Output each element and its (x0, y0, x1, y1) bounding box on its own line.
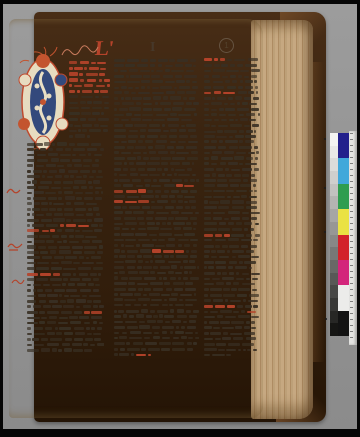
script-word (125, 245, 134, 247)
color-patch-cyan (338, 158, 349, 183)
rubric-word (80, 61, 89, 64)
script-word (220, 162, 226, 165)
script-word (204, 140, 209, 143)
script-word (122, 228, 129, 231)
script-word (75, 230, 80, 233)
script-word (187, 326, 197, 329)
script-word (98, 170, 102, 173)
script-word (27, 289, 31, 292)
script-word (137, 64, 149, 67)
script-word (255, 223, 259, 225)
script-word (52, 305, 62, 308)
script-word (27, 349, 39, 352)
script-word (114, 141, 119, 144)
script-word (27, 170, 31, 173)
script-word (165, 69, 170, 72)
script-word (146, 315, 152, 318)
script-word (170, 113, 176, 116)
script-word (245, 64, 257, 67)
script-word (27, 278, 35, 280)
script-word (85, 338, 92, 341)
script-word (127, 146, 133, 149)
script-word (121, 233, 134, 236)
script-word (249, 196, 256, 199)
script-word (89, 176, 94, 179)
script-word (204, 272, 215, 275)
script-word (204, 239, 212, 242)
script-word (190, 190, 197, 193)
script-word (90, 273, 97, 276)
script-word (58, 322, 68, 325)
rubric-word (136, 354, 146, 356)
script-word (153, 179, 157, 182)
script-word (64, 213, 74, 216)
manuscript-photograph: L' I 1 (0, 0, 360, 437)
script-word (156, 114, 169, 116)
script-word (75, 192, 83, 195)
script-word (69, 118, 78, 121)
script-word (184, 75, 197, 78)
script-word (53, 203, 64, 205)
script-word (212, 97, 215, 100)
script-word (246, 157, 253, 160)
script-word (211, 125, 216, 127)
script-word (47, 294, 58, 297)
script-word (153, 119, 165, 122)
script-word (189, 315, 198, 317)
script-word (90, 344, 95, 346)
script-word (215, 261, 227, 264)
script-word (69, 235, 74, 238)
script-word (114, 342, 125, 345)
script-word (180, 266, 183, 269)
rubric-word (148, 354, 151, 356)
script-word (127, 348, 140, 351)
script-word (204, 255, 209, 258)
script-word (157, 272, 166, 275)
script-word (101, 191, 104, 194)
script-word (127, 326, 139, 329)
script-word (37, 262, 49, 265)
script-word (76, 299, 86, 302)
script-word (54, 181, 62, 184)
script-word (235, 96, 242, 99)
script-word (126, 342, 130, 345)
script-word (217, 184, 228, 187)
script-word (186, 250, 189, 253)
script-word (222, 327, 234, 329)
script-word (186, 222, 191, 225)
script-word (162, 222, 166, 225)
script-word (186, 310, 191, 312)
script-word (219, 114, 226, 117)
script-word (114, 179, 118, 182)
script-word (66, 219, 70, 221)
script-word (147, 162, 160, 165)
script-word (93, 300, 101, 302)
script-word (119, 353, 128, 356)
script-word (223, 294, 235, 297)
rubric-word (126, 190, 137, 193)
script-word (27, 143, 35, 146)
script-word (228, 97, 233, 100)
script-word (143, 152, 147, 155)
script-word (239, 114, 244, 117)
script-word (133, 152, 141, 155)
script-word (176, 80, 185, 83)
script-word (254, 168, 259, 171)
rubric-word (53, 273, 60, 276)
script-word (144, 288, 151, 291)
script-word (87, 135, 90, 137)
script-word (204, 152, 210, 155)
script-word (204, 97, 211, 100)
script-word (155, 217, 167, 220)
script-word (154, 255, 162, 258)
script-word (213, 69, 225, 72)
script-word (114, 75, 124, 77)
script-word (80, 289, 91, 292)
script-word (151, 206, 163, 209)
script-word (232, 256, 236, 258)
script-word (114, 157, 125, 160)
script-word (244, 332, 255, 335)
script-word (216, 266, 227, 269)
script-word (213, 196, 225, 199)
script-word (171, 168, 175, 170)
script-word (204, 266, 207, 269)
script-word (70, 295, 80, 298)
script-word (186, 124, 196, 127)
script-word (93, 333, 100, 336)
script-word (84, 197, 93, 200)
script-word (161, 157, 171, 160)
script-word (87, 101, 91, 104)
gray-step (330, 196, 338, 209)
script-word (252, 124, 259, 127)
script-word (73, 262, 79, 265)
script-word (94, 124, 98, 127)
script-word (134, 114, 141, 117)
script-word (127, 196, 139, 199)
gray-step (330, 146, 338, 159)
rubric-word (107, 84, 110, 87)
script-word (222, 76, 229, 78)
script-word (217, 250, 225, 253)
script-word (37, 289, 43, 292)
script-word (77, 143, 89, 146)
script-word (228, 114, 236, 116)
script-word (140, 174, 148, 177)
script-word (128, 135, 138, 138)
script-word (204, 343, 215, 346)
script-word (244, 222, 252, 225)
script-word (62, 273, 72, 276)
script-word (142, 119, 152, 122)
script-word (191, 206, 195, 209)
script-word (49, 300, 58, 303)
script-word (251, 217, 258, 220)
script-word (121, 250, 125, 253)
script-word (143, 255, 152, 258)
script-word (114, 282, 127, 285)
script-word (114, 173, 117, 176)
script-word (92, 112, 99, 115)
script-word (74, 338, 83, 341)
script-word (138, 140, 143, 143)
script-word (92, 170, 96, 172)
script-word (227, 59, 232, 62)
script-word (42, 175, 45, 178)
rubric-word (42, 230, 49, 233)
script-word (114, 321, 123, 324)
script-word (137, 283, 149, 285)
script-word (148, 129, 161, 132)
script-word (114, 315, 121, 318)
script-word (210, 288, 222, 291)
script-word (181, 190, 189, 192)
script-word (167, 174, 172, 177)
script-word (220, 321, 229, 324)
script-word (230, 103, 235, 106)
script-line (27, 347, 104, 352)
script-word (228, 266, 233, 269)
script-word (237, 64, 243, 67)
script-word (27, 181, 31, 183)
script-word (63, 268, 76, 271)
script-word (47, 176, 53, 179)
script-word (170, 277, 177, 280)
script-word (237, 294, 247, 297)
script-word (217, 130, 223, 133)
script-word (233, 337, 243, 340)
script-word (153, 288, 164, 291)
script-word (172, 107, 183, 110)
script-word (172, 179, 182, 182)
script-word (155, 245, 164, 247)
script-word (233, 196, 239, 199)
script-word (81, 112, 91, 115)
script-word (91, 224, 97, 227)
script-word (114, 298, 123, 301)
script-word (190, 179, 194, 182)
script-word (204, 348, 217, 351)
script-word (83, 343, 88, 346)
rubric-word (89, 67, 99, 70)
script-word (244, 125, 250, 128)
script-word (82, 262, 95, 265)
script-word (217, 179, 226, 182)
script-word (174, 227, 181, 230)
script-word (220, 310, 232, 313)
script-word (125, 97, 131, 100)
script-word (253, 349, 257, 352)
color-patch-yellow (338, 209, 349, 234)
script-word (57, 142, 67, 145)
script-word (47, 343, 60, 346)
script-word (249, 267, 253, 269)
script-word (228, 222, 234, 225)
script-word (242, 212, 249, 215)
script-word (242, 217, 250, 220)
script-word (246, 201, 257, 204)
script-word (184, 233, 195, 236)
script-word (253, 239, 258, 241)
script-word (181, 336, 187, 339)
script-word (230, 64, 235, 67)
script-word (121, 244, 124, 247)
script-word (167, 118, 180, 121)
script-word (256, 91, 258, 94)
script-word (170, 151, 174, 154)
script-word (224, 130, 237, 133)
script-word (93, 305, 98, 308)
script-word (237, 102, 240, 105)
script-word (51, 187, 61, 190)
script-word (140, 70, 150, 73)
script-word (39, 311, 45, 314)
script-word (27, 202, 32, 205)
script-word (184, 179, 187, 182)
script-word (82, 230, 93, 233)
script-word (239, 261, 243, 264)
script-word (193, 310, 199, 313)
script-word (245, 135, 257, 138)
script-word (215, 239, 227, 242)
script-word (235, 119, 238, 122)
script-word (91, 256, 101, 259)
script-word (187, 168, 191, 171)
script-word (69, 316, 78, 319)
script-word (129, 69, 139, 72)
script-word (164, 190, 169, 193)
script-word (64, 348, 71, 351)
rubric-word (74, 85, 82, 88)
gray-step (330, 273, 338, 286)
color-patch-magenta (338, 260, 349, 285)
script-word (119, 336, 128, 339)
script-word (59, 246, 70, 249)
script-word (57, 241, 62, 244)
script-word (145, 261, 149, 264)
script-word (192, 81, 197, 84)
script-word (218, 146, 226, 149)
script-word (204, 228, 217, 231)
script-word (226, 354, 231, 357)
script-word (121, 119, 129, 122)
script-word (160, 228, 172, 231)
script-word (238, 255, 250, 258)
script-word (61, 261, 71, 264)
script-word (40, 148, 46, 151)
script-word (74, 327, 84, 330)
script-word (114, 288, 126, 291)
script-word (164, 255, 169, 258)
script-word (204, 222, 217, 225)
script-word (208, 266, 214, 269)
script-word (93, 321, 98, 324)
script-word (57, 208, 62, 211)
script-word (153, 96, 161, 99)
script-word (204, 114, 209, 116)
script-word (204, 338, 213, 340)
script-word (204, 326, 212, 329)
script-word (204, 86, 211, 89)
script-word (175, 169, 185, 171)
script-word (122, 332, 128, 335)
rubric-word (204, 92, 211, 95)
script-word (204, 261, 214, 264)
script-word (188, 337, 193, 339)
script-word (69, 107, 79, 110)
script-word (131, 92, 135, 94)
script-word (137, 217, 144, 220)
script-word (175, 64, 183, 67)
script-word (186, 80, 190, 83)
script-word (124, 299, 136, 302)
script-word (63, 278, 68, 281)
script-word (147, 320, 156, 323)
script-word (147, 168, 155, 171)
script-word (82, 124, 92, 127)
rubric-word (94, 90, 99, 93)
script-word (33, 289, 36, 292)
script-word (168, 261, 181, 264)
script-word (164, 184, 175, 187)
script-word (246, 234, 252, 237)
script-word (185, 304, 193, 307)
script-word (251, 256, 259, 259)
script-word (118, 310, 124, 313)
rubric-word (66, 224, 77, 227)
script-word (80, 170, 91, 173)
script-word (114, 124, 123, 127)
script-word (37, 159, 48, 162)
script-word (60, 300, 66, 303)
script-word (254, 130, 256, 133)
script-word (122, 206, 127, 209)
script-word (42, 256, 52, 259)
script-word (226, 349, 235, 352)
script-word (127, 250, 137, 252)
script-word (172, 348, 185, 351)
script-word (48, 197, 57, 200)
script-word (75, 332, 85, 335)
gray-step (330, 298, 338, 311)
script-word (122, 102, 134, 105)
script-word (55, 175, 62, 178)
script-word (182, 162, 190, 165)
script-word (100, 125, 109, 127)
script-word (236, 190, 247, 192)
script-word (27, 219, 39, 221)
script-word (171, 70, 184, 73)
script-word (79, 256, 84, 259)
script-word (194, 293, 196, 296)
script-word (219, 140, 223, 143)
script-word (152, 92, 164, 95)
script-word (147, 222, 155, 225)
script-word (114, 326, 125, 329)
script-word (86, 203, 97, 206)
script-word (76, 197, 82, 200)
script-word (184, 266, 195, 268)
script-word (114, 184, 121, 187)
script-word (178, 174, 189, 177)
script-word (204, 80, 210, 83)
rubric-word (27, 273, 38, 276)
script-word (232, 206, 244, 209)
